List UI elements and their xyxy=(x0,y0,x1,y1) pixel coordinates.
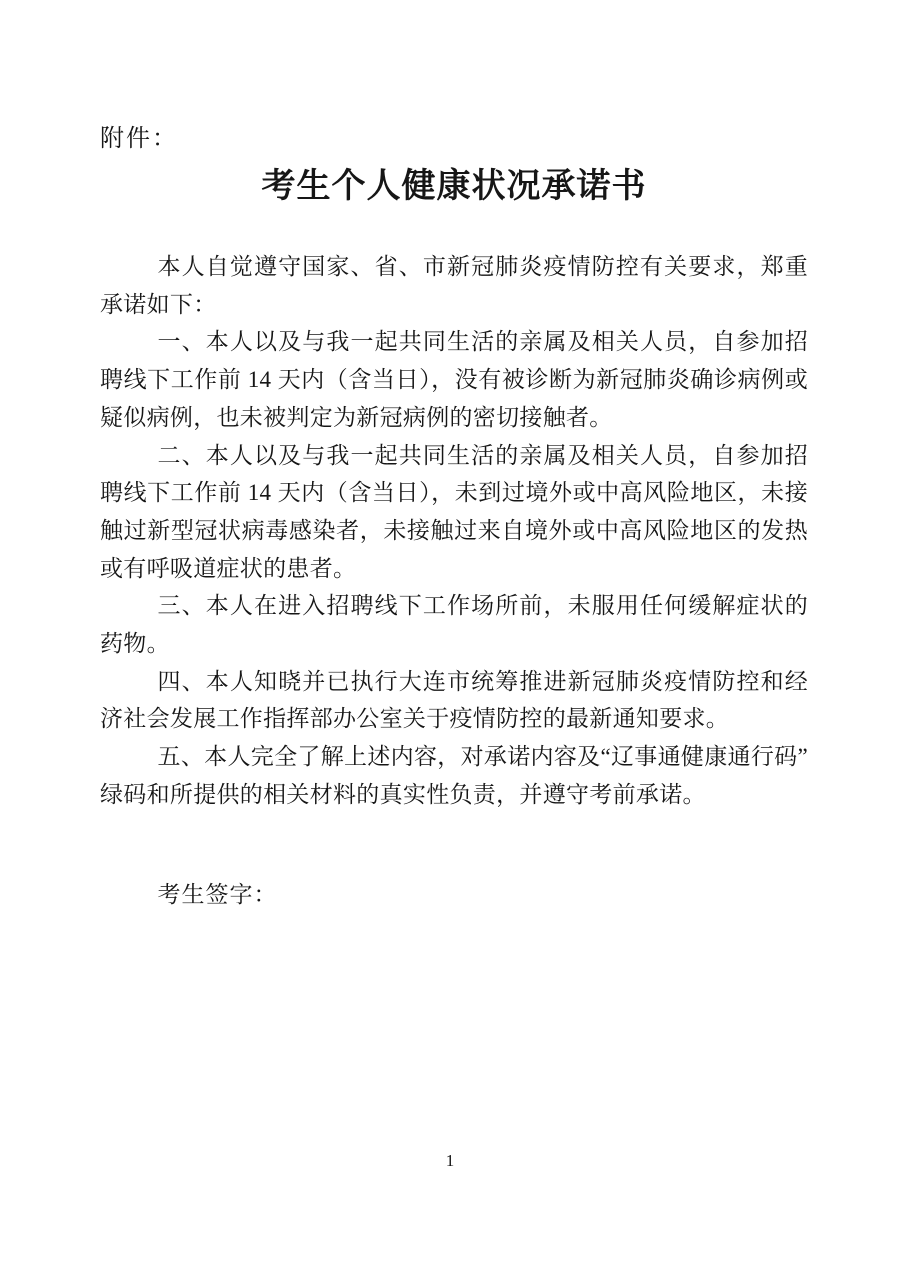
page-number: 1 xyxy=(0,1150,900,1172)
paragraph-item-4: 四、本人知晓并已执行大连市统筹推进新冠肺炎疫情防控和经济社会发展工作指挥部办公室… xyxy=(100,663,808,738)
signature-label: 考生签字： xyxy=(100,876,808,914)
attachment-label: 附件： xyxy=(100,122,808,156)
paragraph-item-5: 五、本人完全了解上述内容，对承诺内容及“辽事通健康通行码”绿码和所提供的相关材料… xyxy=(100,738,808,813)
paragraph-item-3: 三、本人在进入招聘线下工作场所前，未服用任何缓解症状的药物。 xyxy=(100,587,808,662)
document-content: 附件： 考生个人健康状况承诺书 本人自觉遵守国家、省、市新冠肺炎疫情防控有关要求… xyxy=(0,0,900,913)
paragraph-item-2: 二、本人以及与我一起共同生活的亲属及相关人员，自参加招聘线下工作前 14 天内（… xyxy=(100,437,808,588)
document-page: 附件： 考生个人健康状况承诺书 本人自觉遵守国家、省、市新冠肺炎疫情防控有关要求… xyxy=(0,0,900,1273)
paragraph-item-1: 一、本人以及与我一起共同生活的亲属及相关人员，自参加招聘线下工作前 14 天内（… xyxy=(100,323,808,436)
document-title: 考生个人健康状况承诺书 xyxy=(100,164,808,210)
paragraph-intro: 本人自觉遵守国家、省、市新冠肺炎疫情防控有关要求，郑重承诺如下： xyxy=(100,248,808,323)
document-body: 本人自觉遵守国家、省、市新冠肺炎疫情防控有关要求，郑重承诺如下： 一、本人以及与… xyxy=(100,248,808,814)
